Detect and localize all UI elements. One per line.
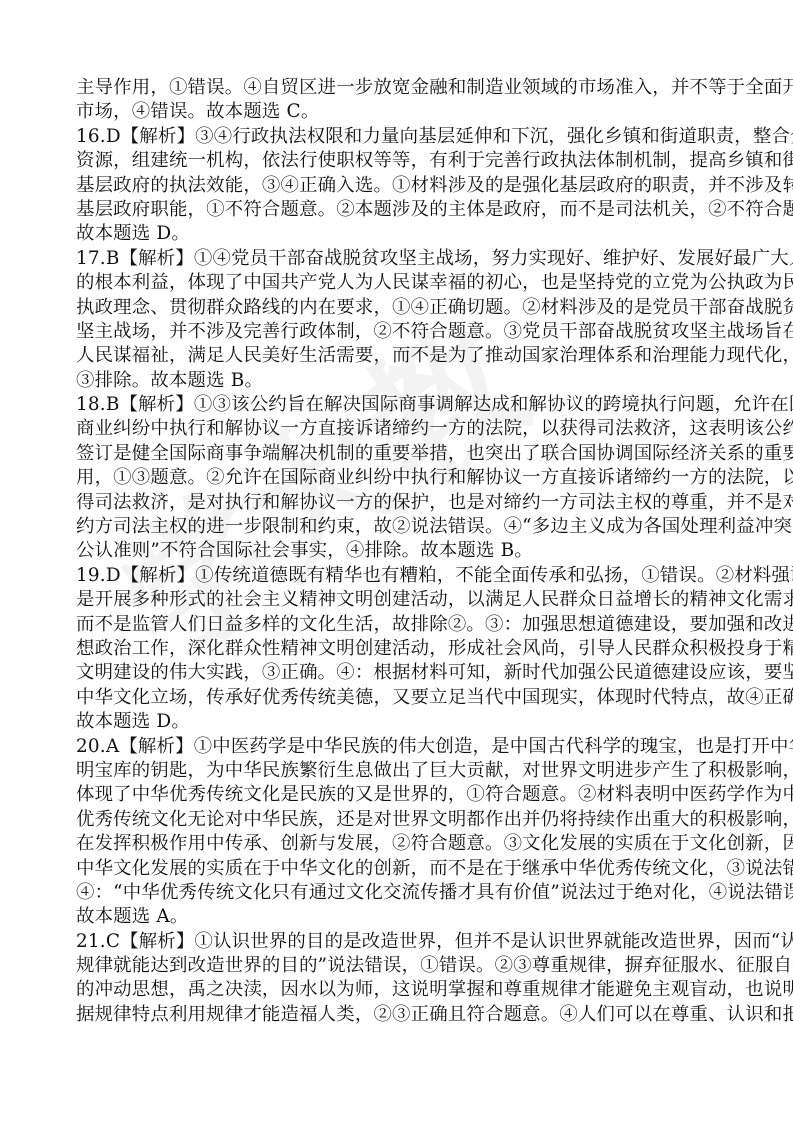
text-line: 优秀传统文化无论对中华民族，还是对世界文明都作出并仍将持续作出重大的积极影响，也 [76, 808, 718, 832]
answer-17-heading: 17.B【解析】①④党员干部奋战脱贫攻坚主战场，努力实现好、维护好、发展好最广大… [76, 247, 718, 271]
answer-21-heading: 21.C【解析】①认识世界的目的是改造世界，但并不是认识世界就能改造世界，因而“… [76, 930, 718, 954]
text-line: 故本题选 D。 [76, 710, 718, 734]
text-line: 想政治工作，深化群众性精神文明创建活动，形成社会风尚，引导人民群众积极投身于精神 [76, 637, 718, 661]
text-line: 而不是监管人们日益多样的文化生活，故排除②。③：加强思想道德建设，要加强和改进思 [76, 613, 718, 637]
text-line: 文明建设的伟大实践，③正确。④：根据材料可知，新时代加强公民道德建设应该，要坚守 [76, 661, 718, 685]
text-line: 故本题选 A。 [76, 905, 718, 929]
text-line: 得司法救济，是对执行和解协议一方的保护，也是对缔约一方司法主权的尊重，并不是对缔 [76, 491, 718, 515]
text-line: 执政理念、贯彻群众路线的内在要求，①④正确切题。②材料涉及的是党员干部奋战脱贫攻 [76, 296, 718, 320]
text-line: 市场，④错误。故本题选 C。 [76, 100, 718, 124]
answer-19-heading: 19.D【解析】①传统道德既有精华也有糟粕，不能全面传承和弘扬，①错误。②材料强… [76, 564, 718, 588]
text-line: 用，①③题意。②允许在国际商业纠纷中执行和解协议一方直接诉诸缔约一方的法院，以获 [76, 466, 718, 490]
text-line: 明宝库的钥匙，为中华民族繁衍生息做出了巨大贡献，对世界文明进步产生了积极影响，这 [76, 759, 718, 783]
text-line: 是开展多种形式的社会主义精神文明创建活动，以满足人民群众日益增长的精神文化需求， [76, 588, 718, 612]
text-line: 资源，组建统一机构，依法行使职权等等，有利于完善行政执法体制机制，提高乡镇和街道 [76, 149, 718, 173]
document-page: 主导作用，①错误。④自贸区进一步放宽金融和制造业领域的市场准入，并不等于全面开放… [76, 76, 718, 1027]
text-line: 的根本利益，体现了中国共产党人为人民谋幸福的初心，也是坚持党的立党为公执政为民的 [76, 271, 718, 295]
answer-20-heading: 20.A【解析】①中医药学是中华民族的伟大创造，是中国古代科学的瑰宝，也是打开中… [76, 735, 718, 759]
text-line: 规律就能达到改造世界的目的”说法错误，①错误。②③尊重规律，摒弃征服水、征服自然 [76, 954, 718, 978]
text-line: 坚主战场，并不涉及完善行政体制，②不符合题意。③党员干部奋战脱贫攻坚主战场旨在为 [76, 320, 718, 344]
text-line: ③排除。故本题选 B。 [76, 369, 718, 393]
text-line: 约方司法主权的进一步限制和约束，故②说法错误。④“多边主义成为各国处理利益冲突的 [76, 515, 718, 539]
text-line: 基层政府职能，①不符合题意。②本题涉及的主体是政府，而不是司法机关，②不符合题意… [76, 198, 718, 222]
text-line: 主导作用，①错误。④自贸区进一步放宽金融和制造业领域的市场准入，并不等于全面开放 [76, 76, 718, 100]
text-line: 人民谋福祉，满足人民美好生活需要，而不是为了推动国家治理体系和治理能力现代化，故 [76, 344, 718, 368]
text-line: 签订是健全国际商事争端解决机制的重要举措，也突出了联合国协调国际经济关系的重要作 [76, 442, 718, 466]
text-line: 中华文化发展的实质在于中华文化的创新，而不是在于继承中华优秀传统文化，③说法错误… [76, 857, 718, 881]
text-line: 中华文化立场，传承好优秀传统美德，又要立足当代中国现实，体现时代特点，故④正确。 [76, 686, 718, 710]
text-line: 的冲动思想，禹之决渎，因水以为师，这说明掌握和尊重规律才能避免主观盲动，也说明根 [76, 978, 718, 1002]
text-line: 商业纠纷中执行和解协议一方直接诉诸缔约一方的法院，以获得司法救济，这表明该公约的 [76, 417, 718, 441]
answer-16-heading: 16.D【解析】③④行政执法权限和力量向基层延伸和下沉，强化乡镇和街道职责，整合… [76, 125, 718, 149]
text-line: 基层政府的执法效能，③④正确入选。①材料涉及的是强化基层政府的职责，并不涉及转变 [76, 174, 718, 198]
text-line: 据规律特点利用规律才能造福人类，②③正确且符合题意。④人们可以在尊重、认识和把握 [76, 1003, 718, 1027]
text-line: 在发挥积极作用中传承、创新与发展，②符合题意。③文化发展的实质在于文化创新，因而… [76, 832, 718, 856]
text-line: 公认准则”不符合国际社会事实，④排除。故本题选 B。 [76, 539, 718, 563]
answer-18-heading: 18.B【解析】①③该公约旨在解决国际商事调解达成和解协议的跨境执行问题，允许在… [76, 393, 718, 417]
text-line: 体现了中华优秀传统文化是民族的又是世界的，①符合题意。②材料表明中医药学作为中华 [76, 783, 718, 807]
text-line: ④：“中华优秀传统文化只有通过文化交流传播才具有价值”说法过于绝对化，④说法错误… [76, 881, 718, 905]
text-line: 故本题选 D。 [76, 222, 718, 246]
